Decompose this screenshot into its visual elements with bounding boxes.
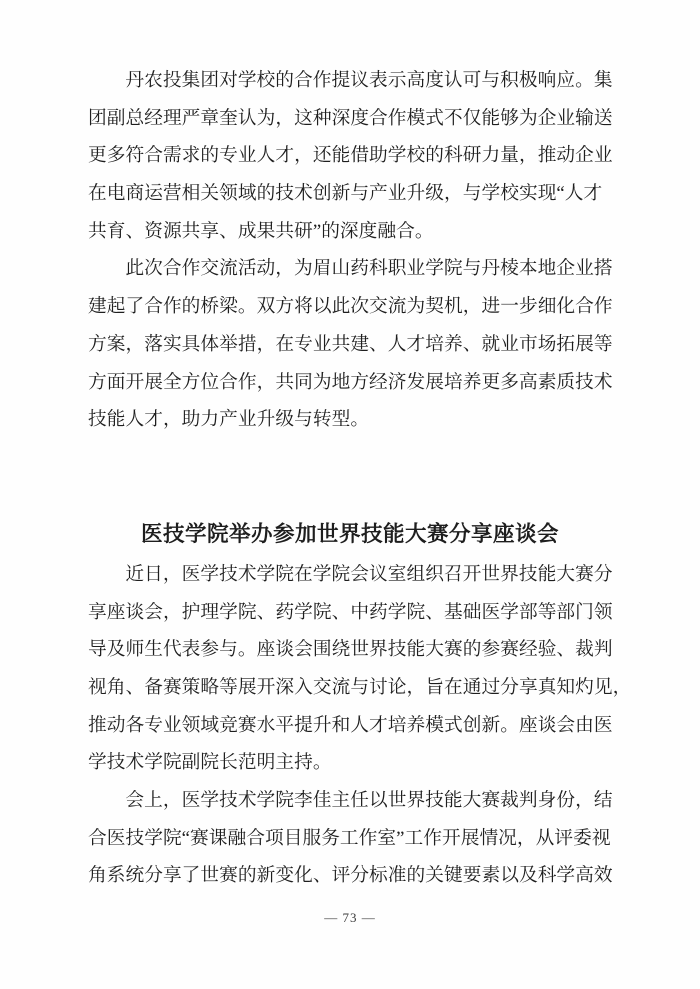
text-line: 学技术学院副院长范明主持。	[88, 744, 612, 782]
document-content: 丹农投集团对学校的合作提议表示高度认可与积极响应。集团副总经理严章奎认为，这种深…	[88, 62, 612, 895]
text-line: 更多符合需求的专业人才，还能借助学校的科研力量，推动企业	[88, 137, 612, 175]
text-line: 方案，落实具体举措，在专业共建、人才培养、就业市场拓展等	[88, 326, 612, 364]
text-line: 推动各专业领域竞赛水平提升和人才培养模式创新。座谈会由医	[88, 707, 612, 745]
text-line: 合医技学院“赛课融合项目服务工作室”工作开展情况，从评委视	[88, 820, 612, 858]
paragraph: 会上，医学技术学院李佳主任以世界技能大赛裁判身份，结合医技学院“赛课融合项目服务…	[88, 782, 612, 895]
text-line: 视角、备赛策略等展开深入交流与讨论，旨在通过分享真知灼见，	[88, 669, 612, 707]
text-line: 在电商运营相关领域的技术创新与产业升级，与学校实现“人才	[88, 175, 612, 213]
text-line: 导及师生代表参与。座谈会围绕世界技能大赛的参赛经验、裁判	[88, 631, 612, 669]
text-line: 方面开展全方位合作，共同为地方经济发展培养更多高素质技术	[88, 364, 612, 402]
text-line: 享座谈会，护理学院、药学院、中药学院、基础医学部等部门领	[88, 594, 612, 632]
text-line: 此次合作交流活动，为眉山药科职业学院与丹棱本地企业搭	[88, 250, 612, 288]
article-title: 医技学院举办参加世界技能大赛分享座谈会	[88, 512, 612, 556]
text-line: 建起了合作的桥梁。双方将以此次交流为契机，进一步细化合作	[88, 288, 612, 326]
page-number: — 73 —	[0, 910, 700, 926]
text-line: 团副总经理严章奎认为，这种深度合作模式不仅能够为企业输送	[88, 100, 612, 138]
paragraph: 近日，医学技术学院在学院会议室组织召开世界技能大赛分享座谈会，护理学院、药学院、…	[88, 556, 612, 782]
text-line: 共育、资源共享、成果共研”的深度融合。	[88, 213, 612, 251]
paragraph: 丹农投集团对学校的合作提议表示高度认可与积极响应。集团副总经理严章奎认为，这种深…	[88, 62, 612, 250]
text-line: 丹农投集团对学校的合作提议表示高度认可与积极响应。集	[88, 62, 612, 100]
document-page: 丹农投集团对学校的合作提议表示高度认可与积极响应。集团副总经理严章奎认为，这种深…	[0, 0, 700, 989]
paragraph: 此次合作交流活动，为眉山药科职业学院与丹棱本地企业搭建起了合作的桥梁。双方将以此…	[88, 250, 612, 438]
text-line: 技能人才，助力产业升级与转型。	[88, 401, 612, 439]
text-line: 近日，医学技术学院在学院会议室组织召开世界技能大赛分	[88, 556, 612, 594]
text-line: 会上，医学技术学院李佳主任以世界技能大赛裁判身份，结	[88, 782, 612, 820]
text-line: 角系统分享了世赛的新变化、评分标准的关键要素以及科学高效	[88, 857, 612, 895]
